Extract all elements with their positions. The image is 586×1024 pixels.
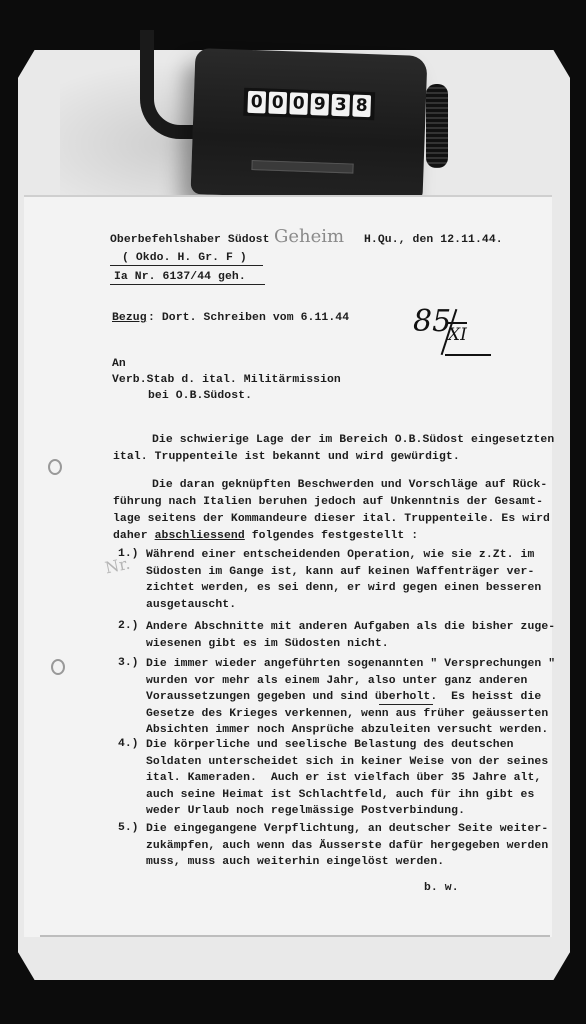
intro-paragraph-2-line: daher abschliessend folgendes festgestel… <box>113 528 418 544</box>
point-text-line: ital. Kameraden. Auch er ist vielfach üb… <box>146 770 541 786</box>
point-text-line: auch seine Heimat ist Schlachtfeld, auch… <box>146 787 534 803</box>
counter-digit: 0 <box>268 92 287 115</box>
closing-bw: b. w. <box>424 880 459 896</box>
point-number: 5.) <box>118 822 139 834</box>
punch-hole-icon <box>48 459 62 475</box>
emphasis-abschliessend: abschliessend <box>155 530 245 542</box>
counter-digit: 9 <box>310 93 329 116</box>
point-number: 4.) <box>118 738 139 750</box>
intro-paragraph-2-line: lage seitens der Kommandeure dieser ital… <box>113 511 550 527</box>
point-text-line: Während einer entscheidenden Operation, … <box>146 547 534 563</box>
counter-slot <box>251 160 353 174</box>
reference-number: Ia Nr. 6137/44 geh. <box>114 269 246 285</box>
counter-reset-knob <box>426 84 448 168</box>
point-number: 3.) <box>118 657 139 669</box>
counter-digit-window: 0 0 0 9 3 8 <box>243 88 375 121</box>
counter-digit: 8 <box>352 95 371 118</box>
intro-paragraph-1-line: Die schwierige Lage der im Bereich O.B.S… <box>152 432 554 448</box>
point-text-line: Andere Abschnitte mit anderen Aufgaben a… <box>146 619 555 635</box>
sender-underline <box>110 265 263 266</box>
point-text-line: ausgetauscht. <box>146 597 236 613</box>
subject-text: : Dort. Schreiben vom 6.11.44 <box>148 310 349 326</box>
point-text-line: wiesenen gibt es im Südosten nicht. <box>146 636 389 652</box>
recipient-line-1: Verb.Stab d. ital. Militärmission <box>112 372 341 388</box>
emphasis-underline-ueberholt <box>379 704 433 705</box>
text-fragment: folgendes festgestellt : <box>245 530 418 542</box>
recipient-salutation: An <box>112 356 126 372</box>
point-text-line: Die körperliche und seelische Belastung … <box>146 737 514 753</box>
reference-underline <box>110 284 265 285</box>
intro-paragraph-2-line: führung nach Italien beruhen jedoch auf … <box>113 494 543 510</box>
sender-line-1: Oberbefehlshaber Südost <box>110 232 270 248</box>
point-text-line: Gesetze des Krieges verkennen, wenn aus … <box>146 706 548 722</box>
point-text-line: Die immer wieder angeführten sogenannten… <box>146 656 555 672</box>
point-text-line: Die eingegangene Verpflichtung, an deuts… <box>146 821 548 837</box>
point-number: 2.) <box>118 620 139 632</box>
punch-hole-icon <box>51 659 65 675</box>
intro-paragraph-2-line: Die daran geknüpften Beschwerden und Vor… <box>152 477 547 493</box>
intro-paragraph-1-line: ital. Truppenteile ist bekannt und wird … <box>113 449 460 465</box>
point-text-line: zukämpfen, auch wenn das Äusserste dafür… <box>146 838 548 854</box>
point-text-line: zichtet werden, es sei denn, er wird geg… <box>146 580 541 596</box>
text-fragment: daher <box>113 530 155 542</box>
point-number: 1.) <box>118 548 139 560</box>
page-counter-device: 0 0 0 9 3 8 <box>191 48 428 202</box>
point-text-line: Soldaten unterscheidet sich in keiner We… <box>146 754 548 770</box>
point-text-line: Absichten immer noch Ansprüche abzuleite… <box>146 722 548 738</box>
paper-edge <box>40 935 550 937</box>
counter-digit: 0 <box>247 91 266 114</box>
point-text-line: Südosten im Gange ist, kann auf keinen W… <box>146 564 534 580</box>
point-text-line: muss, muss auch weiterhin eingelöst werd… <box>146 854 444 870</box>
handwritten-underline <box>445 354 491 356</box>
sender-line-2: ( Okdo. H. Gr. F ) <box>122 250 247 266</box>
point-text-line: wurden vor mehr als einem Jahr, also unt… <box>146 673 527 689</box>
place-date: H.Qu., den 12.11.44. <box>364 232 503 248</box>
classification-stamp: Geheim <box>274 226 344 247</box>
subject-label: Bezug <box>112 310 147 326</box>
point-text-line: weder Urlaub noch regelmässige Postverbi… <box>146 803 465 819</box>
handwritten-file-number: 85 <box>413 304 451 339</box>
counter-digit: 0 <box>289 92 308 115</box>
handwritten-month: XI <box>448 322 467 345</box>
point-text-line: Voraussetzungen gegeben und sind überhol… <box>146 689 541 705</box>
recipient-line-2: bei O.B.Südost. <box>148 388 252 404</box>
counter-digit: 3 <box>331 94 350 117</box>
